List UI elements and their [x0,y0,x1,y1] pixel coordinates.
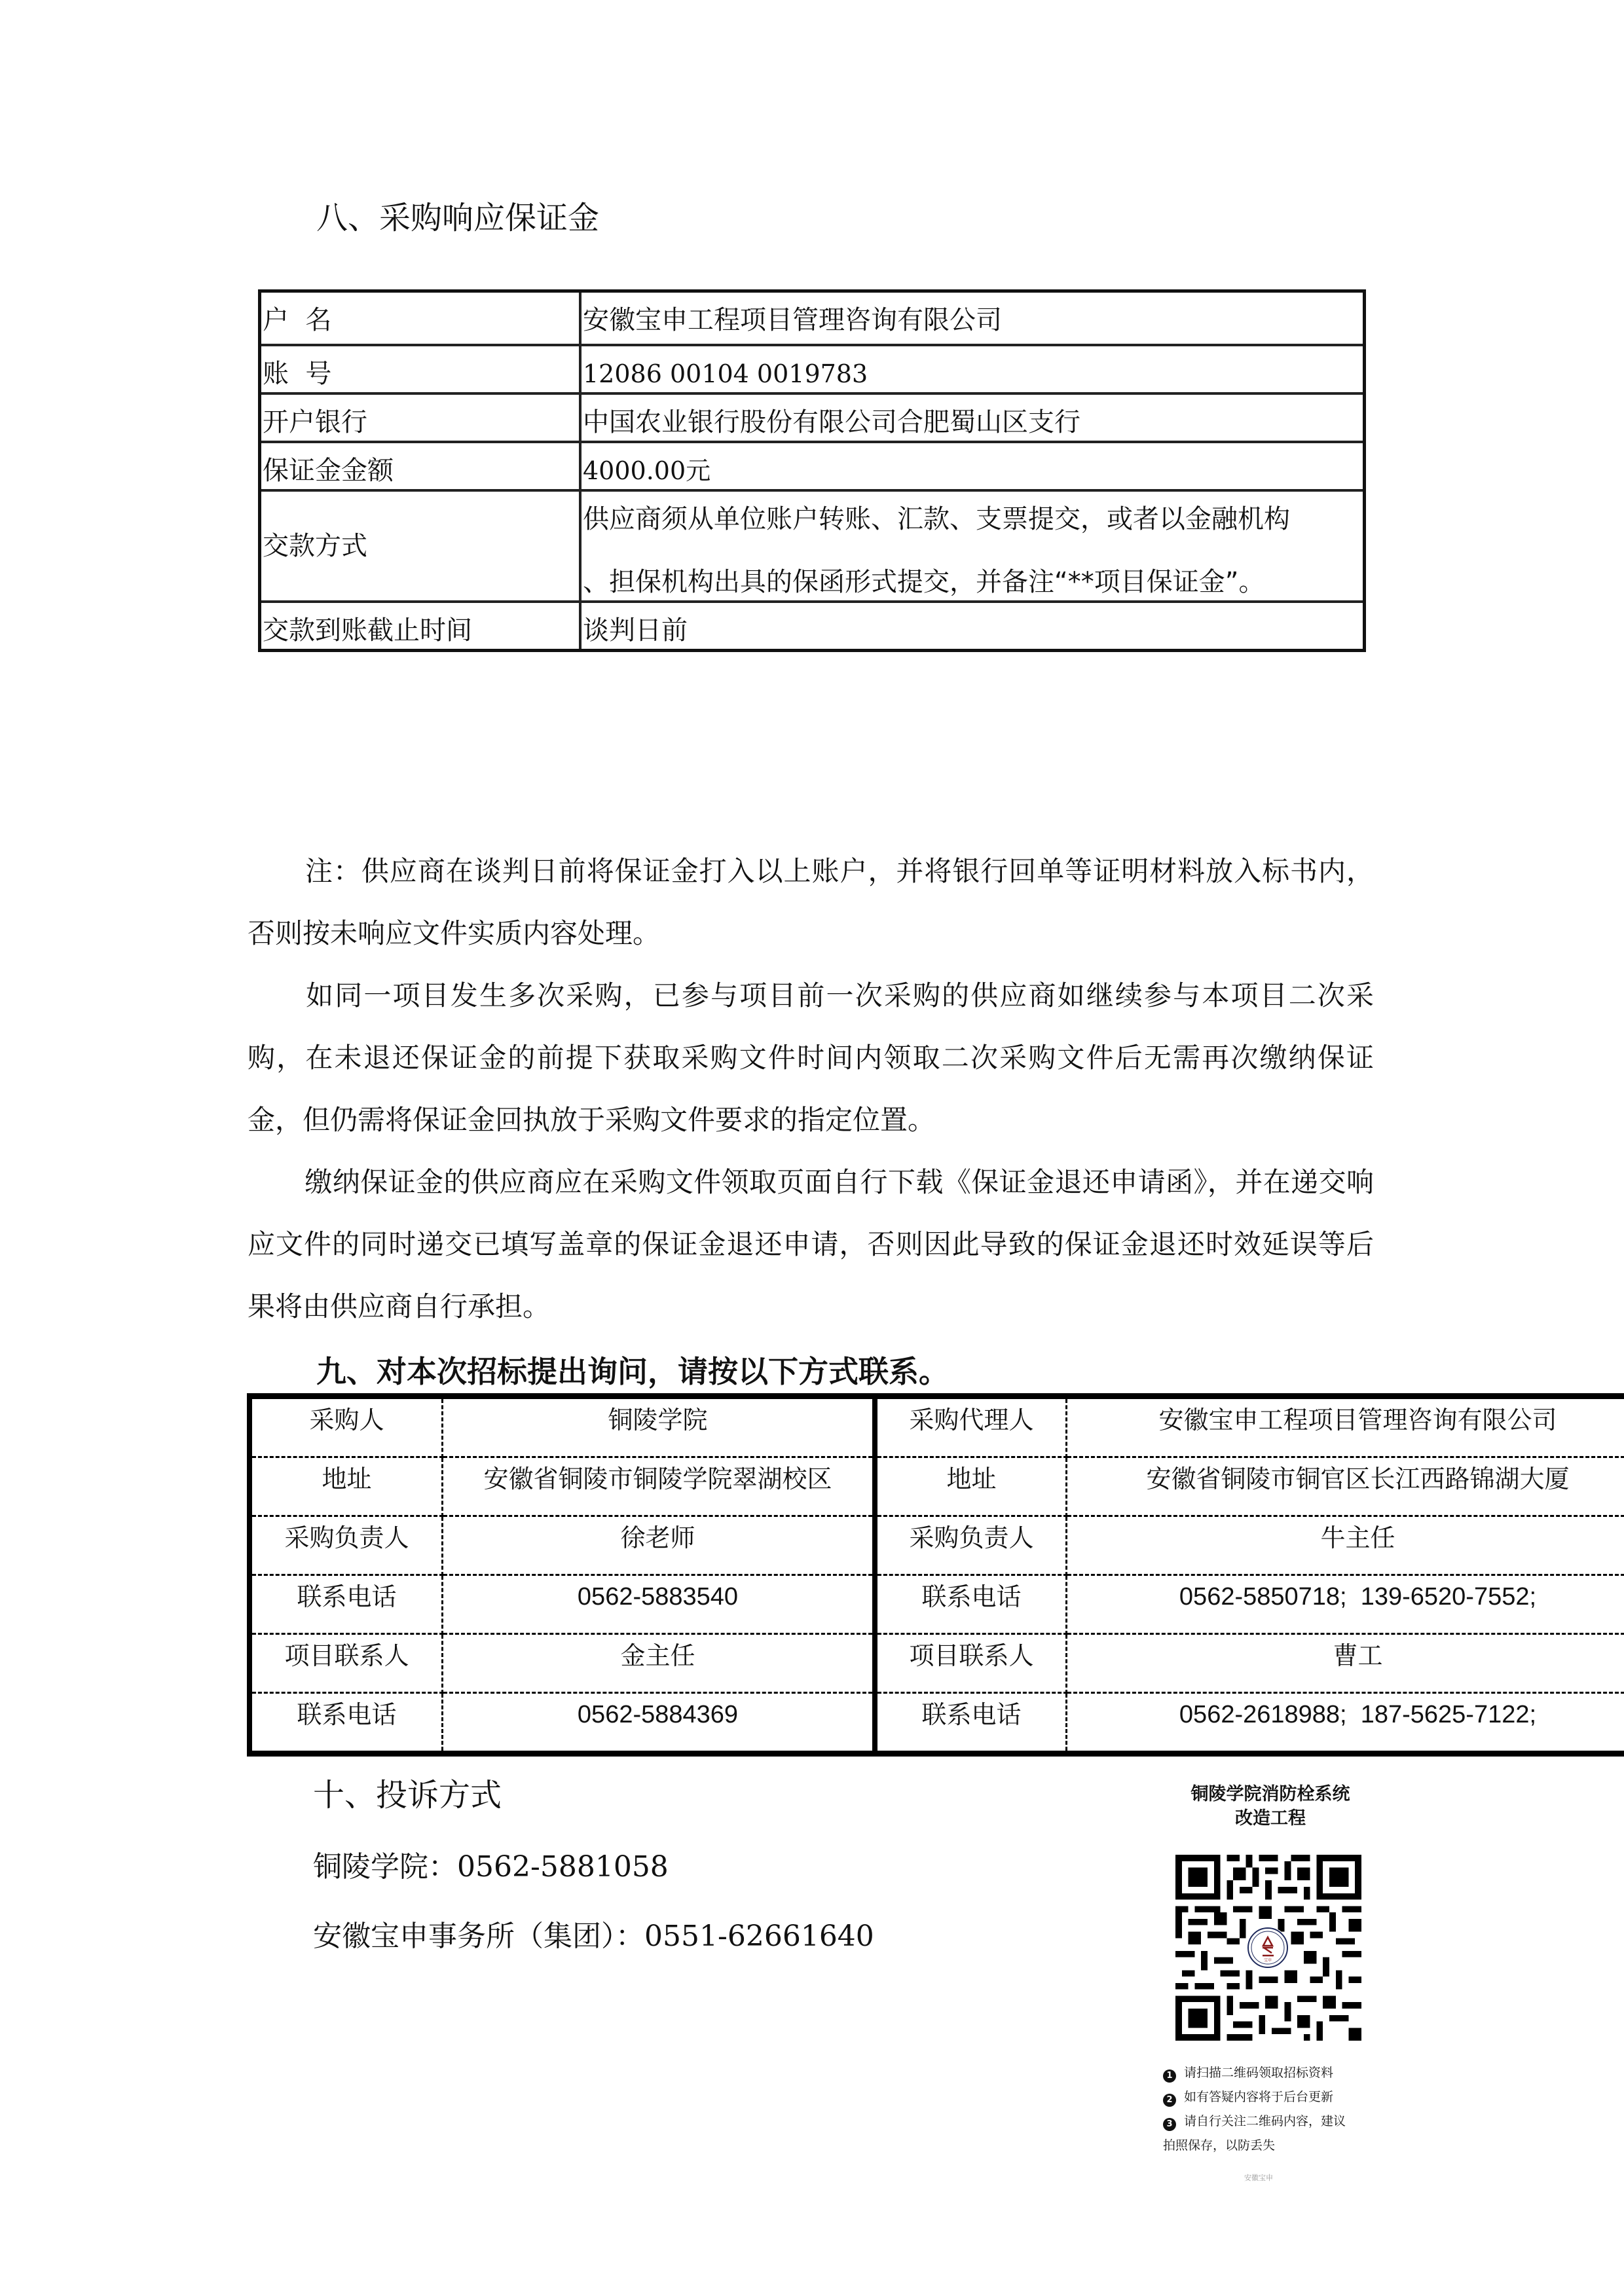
bank-value: 中国农业银行股份有限公司合肥蜀山区支行 [580,393,1365,442]
qr-title: 铜陵学院消防栓系统 改造工程 [1133,1782,1408,1831]
purchaser-project-phone-value: 0562-5884369 [443,1693,876,1754]
section-9-heading: 九、对本次招标提出询问，请按以下方式联系。 [316,1352,949,1391]
bank-label: 开户银行 [260,393,581,442]
agent-phone-value: 0562-5850718; 139-6520-7552; [1067,1575,1624,1634]
account-number-label: 账 号 [260,345,581,393]
note-paragraph: 注：供应商在谈判日前将保证金打入以上账户，并将银行回单等证明材料放入标书内，否则… [248,840,1374,964]
agent-lead-value: 牛主任 [1067,1516,1624,1575]
table-row: 联系电话 0562-5884369 联系电话 0562-2618988; 187… [249,1693,1624,1754]
section-8-heading: 八、采购响应保证金 [316,198,599,238]
account-number-value: 12086 00104 0019783 [580,345,1365,393]
qr-note-3-text: 请自行关注二维码内容，建议 [1184,2114,1346,2128]
agent-project-phone-label: 联系电话 [875,1693,1067,1754]
table-row: 采购人 铜陵学院 采购代理人 安徽宝申工程项目管理咨询有限公司 [249,1396,1624,1457]
agent-project-phone-value: 0562-2618988; 187-5625-7122; [1067,1693,1624,1754]
table-row: 开户银行 中国农业银行股份有限公司合肥蜀山区支行 [260,393,1365,442]
agent-project-contact-value: 曹工 [1067,1634,1624,1693]
company-logo-icon: 宝申 [1247,1927,1289,1969]
table-row: 联系电话 0562-5883540 联系电话 0562-5850718; 139… [249,1575,1624,1634]
number-3-icon: 3 [1163,2118,1176,2131]
agent-address-value: 安徽省铜陵市铜官区长江西路锦湖大厦 [1067,1457,1624,1516]
qr-title-line-2: 改造工程 [1133,1806,1408,1831]
table-row: 交款到账截止时间 谈判日前 [260,602,1365,651]
qr-footer-watermark: 安徽宝申 [1244,2172,1273,2183]
payment-method-label: 交款方式 [260,490,581,602]
account-name-label: 户 名 [260,291,581,345]
refund-text: 缴纳保证金的供应商应在采购文件领取页面自行下载《保证金退还申请函》，并在递交响应… [248,1166,1374,1322]
agent-phone-label: 联系电话 [875,1575,1067,1634]
qr-note-2-text: 如有答疑内容将于后台更新 [1184,2090,1333,2104]
agent-address-label: 地址 [875,1457,1067,1516]
agent-lead-label: 采购负责人 [875,1516,1067,1575]
agent-value: 安徽宝申工程项目管理咨询有限公司 [1067,1396,1624,1457]
table-row: 地址 安徽省铜陵市铜陵学院翠湖校区 地址 安徽省铜陵市铜官区长江西路锦湖大厦 [249,1457,1624,1516]
agent-project-contact-label: 项目联系人 [875,1634,1067,1693]
purchaser-project-phone-label: 联系电话 [249,1693,443,1754]
purchaser-lead-label: 采购负责人 [249,1516,443,1575]
qr-note-3: 3请自行关注二维码内容，建议 [1163,2109,1399,2134]
purchaser-label: 采购人 [249,1396,443,1457]
purchaser-address-label: 地址 [249,1457,443,1516]
table-row: 户 名 安徽宝申工程项目管理咨询有限公司 [260,291,1365,345]
table-row: 项目联系人 金主任 项目联系人 曹工 [249,1634,1624,1693]
qr-note-3-continuation: 拍照保存，以防丢失 [1163,2134,1399,2158]
purchaser-value: 铜陵学院 [443,1396,876,1457]
repeat-procurement-text: 如同一项目发生多次采购，已参与项目前一次采购的供应商如继续参与本项目二次采购，在… [248,979,1374,1136]
qr-instructions: 1请扫描二维码领取招标资料 2如有答疑内容将于后台更新 3请自行关注二维码内容，… [1163,2061,1399,2158]
table-row: 交款方式 供应商须从单位账户转账、汇款、支票提交，或者以金融机构 、担保机构出具… [260,490,1365,602]
refund-paragraph: 缴纳保证金的供应商应在采购文件领取页面自行下载《保证金退还申请函》，并在递交响应… [248,1151,1374,1338]
number-2-icon: 2 [1163,2094,1176,2107]
qr-title-line-1: 铜陵学院消防栓系统 [1133,1782,1408,1806]
table-row: 账 号 12086 00104 0019783 [260,345,1365,393]
account-name-value: 安徽宝申工程项目管理咨询有限公司 [580,291,1365,345]
deadline-value: 谈判日前 [580,602,1365,651]
note-text: 注：供应商在谈判日前将保证金打入以上账户，并将银行回单等证明材料放入标书内，否则… [248,855,1374,949]
table-row: 保证金金额 4000.00元 [260,442,1365,490]
deadline-label: 交款到账截止时间 [260,602,581,651]
purchaser-phone-value: 0562-5883540 [443,1575,876,1634]
agent-label: 采购代理人 [875,1396,1067,1457]
qr-note-1: 1请扫描二维码领取招标资料 [1163,2061,1399,2085]
qr-note-1-text: 请扫描二维码领取招标资料 [1184,2066,1333,2080]
qr-note-2: 2如有答疑内容将于后台更新 [1163,2085,1399,2109]
payment-method-value: 供应商须从单位账户转账、汇款、支票提交，或者以金融机构 、担保机构出具的保函形式… [580,490,1365,602]
contact-table: 采购人 铜陵学院 采购代理人 安徽宝申工程项目管理咨询有限公司 地址 安徽省铜陵… [247,1393,1624,1757]
payment-method-line-2: 、担保机构出具的保函形式提交，并备注“**项目保证金”。 [583,564,1363,600]
purchaser-lead-value: 徐老师 [443,1516,876,1575]
svg-text:宝申: 宝申 [1264,1958,1272,1963]
purchaser-project-contact-label: 项目联系人 [249,1634,443,1693]
deposit-amount-value: 4000.00元 [580,442,1365,490]
deposit-amount-label: 保证金金额 [260,442,581,490]
deposit-account-table: 户 名 安徽宝申工程项目管理咨询有限公司 账 号 12086 00104 001… [258,289,1366,652]
section-10-heading: 十、投诉方式 [313,1776,502,1815]
complaint-line-college: 铜陵学院：0562-5881058 [313,1848,669,1887]
purchaser-phone-label: 联系电话 [249,1575,443,1634]
table-row: 采购负责人 徐老师 采购负责人 牛主任 [249,1516,1624,1575]
purchaser-address-value: 安徽省铜陵市铜陵学院翠湖校区 [443,1457,876,1516]
number-1-icon: 1 [1163,2069,1176,2083]
payment-method-line-1: 供应商须从单位账户转账、汇款、支票提交，或者以金融机构 [583,501,1363,538]
complaint-line-agency: 安徽宝申事务所（集团）：0551-62661640 [313,1917,874,1956]
purchaser-project-contact-value: 金主任 [443,1634,876,1693]
repeat-procurement-paragraph: 如同一项目发生多次采购，已参与项目前一次采购的供应商如继续参与本项目二次采购，在… [248,964,1374,1151]
